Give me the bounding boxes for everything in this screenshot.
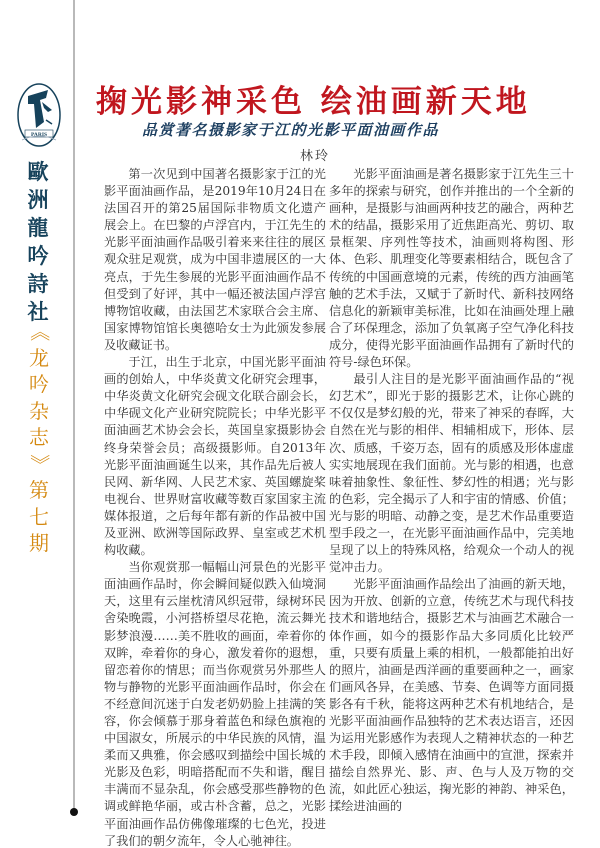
paragraph: 于江，出生于北京，中国光影平面油画的创始人，中华炎黄文化研究会理事，中华炎黄文化… (104, 354, 326, 559)
society-char: 洲 (20, 186, 56, 214)
issue-char: 龙 (22, 345, 56, 372)
divider-end-dot (70, 808, 78, 816)
society-char: 吟 (20, 242, 56, 270)
issue-char: 期 (22, 530, 56, 557)
paragraph: 光影平面油画作品绘出了油画的新天地，因为开放、创新的立意，传统艺术与现代科技技术… (329, 576, 574, 815)
sidebar: PARIS 歐 洲 龍 吟 詩 社 《 龙 吟 杂 志 》 第 七 期 (0, 0, 74, 848)
paragraph: 最引人注目的是光影平面油画作品的“视幻艺术”，即光于影的摄影艺术，让你心跳的不仅… (329, 371, 574, 576)
paragraph: 光影平面油画是著名摄影家于江先生三十多年的探索与研究，创作并推出的一个全新的画种… (329, 166, 574, 371)
issue-char: 杂 (22, 398, 56, 425)
issue-char: 《 (26, 314, 53, 348)
paragraph: 当你观赏那一幅幅山河景色的光影平面油画作品时，你会瞬间疑似跌入仙境洞天，这里有云… (104, 559, 326, 848)
society-name: 歐 洲 龍 吟 詩 社 (20, 158, 56, 326)
paragraph: 第一次见到中国著名摄影家于江的光影平面油画作品，是2019年10月24日在法国召… (104, 166, 326, 354)
society-char: 詩 (20, 270, 56, 298)
article-title: 掬光影神采色 绘油画新天地 (96, 76, 596, 121)
article-subtitle: 品赏著名摄影家于江的光影平面油画作品 (142, 119, 439, 140)
svg-text:PARIS: PARIS (31, 132, 47, 138)
issue-char: 七 (22, 504, 56, 531)
left-column: 第一次见到中国著名摄影家于江的光影平面油画作品，是2019年10月24日在法国召… (104, 166, 326, 848)
society-char: 歐 (20, 158, 56, 186)
magazine-issue: 《 龙 吟 杂 志 》 第 七 期 (22, 318, 56, 557)
right-column: 光影平面油画是著名摄影家于江先生三十多年的探索与研究，创作并推出的一个全新的画种… (329, 166, 574, 816)
issue-char: 吟 (22, 371, 56, 398)
vertical-divider (73, 0, 75, 812)
dragon-pen-emblem-icon: PARIS (16, 82, 62, 148)
article-author: 林玲 (300, 145, 330, 164)
society-char: 龍 (20, 214, 56, 242)
issue-char: 》 (26, 447, 53, 481)
